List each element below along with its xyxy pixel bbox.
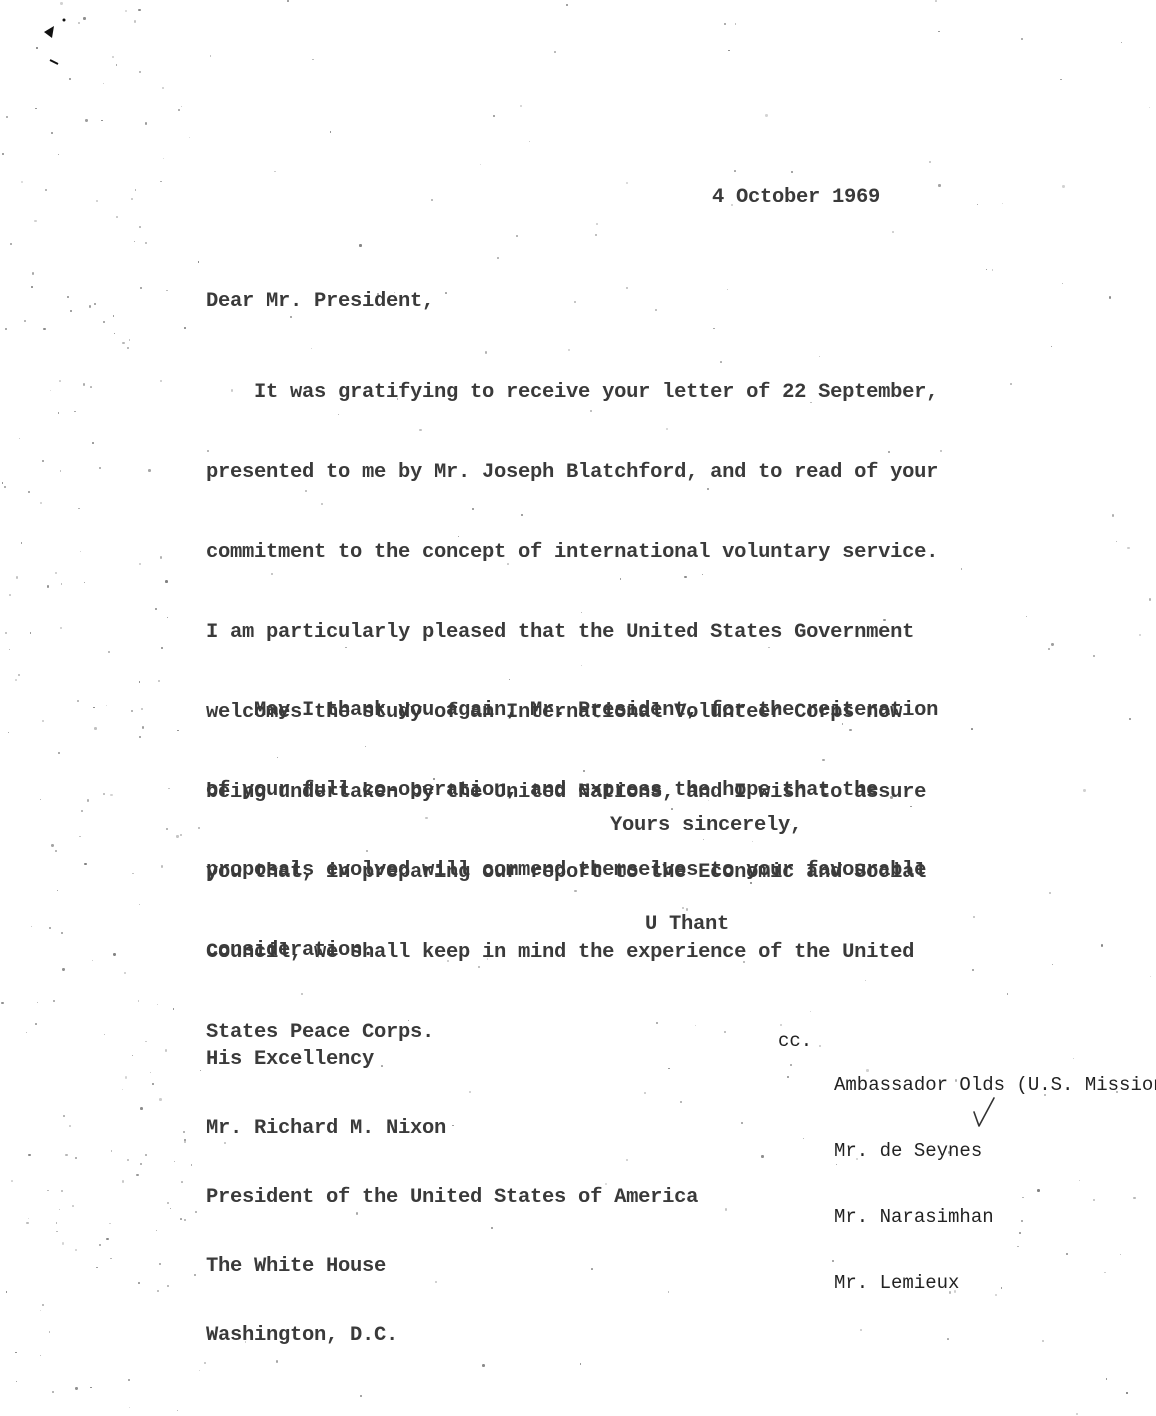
address-line: His Excellency (206, 1048, 698, 1071)
cc-recipient: Mr. Narasimhan (834, 1206, 1156, 1228)
scan-mark (38, 16, 68, 68)
paragraph-line: consideration. (206, 934, 938, 968)
cc-recipient: Mr. Lemieux (834, 1272, 1156, 1294)
salutation: Dear Mr. President, (206, 290, 434, 313)
address-line: Mr. Richard M. Nixon (206, 1117, 698, 1140)
cc-recipient: Mr. de Seynes (834, 1140, 1156, 1162)
recipient-address: His Excellency Mr. Richard M. Nixon Pres… (206, 1002, 698, 1393)
address-line: The White House (206, 1255, 698, 1278)
cc-recipients: Ambassador Olds (U.S. Mission Mr. de Sey… (834, 1030, 1156, 1338)
paragraph-line: presented to me by Mr. Joseph Blatchford… (206, 456, 938, 490)
address-line: Washington, D.C. (206, 1324, 698, 1347)
paragraph-2: May I thank you again, Mr. President, fo… (206, 648, 938, 1014)
cc-recipient: Ambassador Olds (U.S. Mission (834, 1074, 1156, 1096)
paragraph-line: May I thank you again, Mr. President, fo… (206, 694, 938, 728)
address-line: President of the United States of Americ… (206, 1186, 698, 1209)
letter-page: 4 October 1969 Dear Mr. President, It wa… (0, 0, 1156, 1416)
closing: Yours sincerely, (610, 814, 802, 837)
cc-block: cc. Ambassador Olds (U.S. Mission Mr. de… (778, 1030, 824, 1118)
paragraph-line: of your full co-operation, and express t… (206, 774, 938, 808)
cc-label: cc. (778, 1030, 812, 1052)
paragraph-line: commitment to the concept of internation… (206, 536, 938, 570)
paragraph-line: proposals evolved will commend themselve… (206, 854, 938, 888)
paragraph-line: I am particularly pleased that the Unite… (206, 616, 938, 650)
paragraph-line: It was gratifying to receive your letter… (206, 376, 938, 410)
signature-name: U Thant (645, 913, 729, 936)
check-mark-icon (972, 1096, 996, 1128)
letter-date: 4 October 1969 (712, 186, 880, 209)
